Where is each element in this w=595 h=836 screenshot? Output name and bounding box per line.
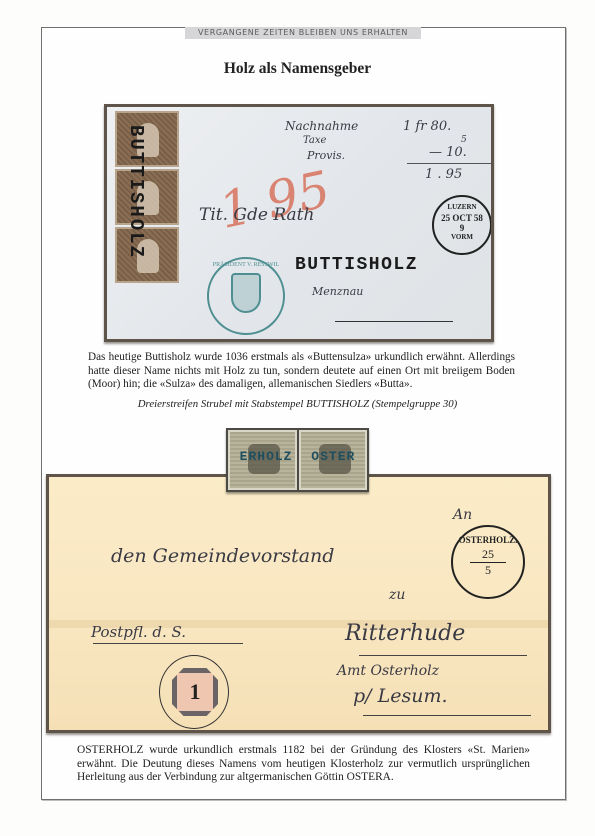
hw-amount: 1 fr 80. xyxy=(403,119,451,134)
hw-amount: 5 xyxy=(461,135,467,145)
hw-amount: 1 . 95 xyxy=(425,167,462,182)
cds-town: OSTERHOLZ. xyxy=(453,535,523,545)
osterholz-postmark: OSTERHOLZ. 25 5 xyxy=(451,525,525,599)
cover-buttisholz: BUTTISHOLZ Nachnahme Taxe Provis. 1 fr 8… xyxy=(104,104,494,342)
pair-cancel: ERHOLZ OSTER xyxy=(226,449,369,464)
hw-line: Provis. xyxy=(307,149,345,162)
cds-town: LUZERN xyxy=(434,203,490,211)
cds-month: 5 xyxy=(453,563,523,578)
cds-date: 25 OCT 58 xyxy=(434,213,490,223)
stamp-pair-hannover: ERHOLZ OSTER xyxy=(226,428,369,492)
underline xyxy=(93,643,243,644)
shield-icon xyxy=(231,273,261,313)
official-stamp-dienstsache: 1 xyxy=(159,655,229,729)
caption-strubel: Dreierstreifen Strubel mit Stabstempel B… xyxy=(0,398,595,410)
underline xyxy=(359,655,527,656)
official-seal: PRÄSIDENT V. RESSWIL xyxy=(207,257,285,335)
header-band: Vergangene Zeiten bleiben uns erhalten xyxy=(185,27,421,39)
hw-addressee: den Gemeindevorstand xyxy=(111,545,334,567)
luzern-postmark: LUZERN 25 OCT 58 9 VORM xyxy=(432,195,492,255)
seal-text: PRÄSIDENT V. RESSWIL xyxy=(209,262,283,268)
red-rate-marking: 1 95 xyxy=(214,160,335,240)
cds-day: 25 xyxy=(453,547,523,562)
hw-amount: — 10. xyxy=(429,145,467,160)
hw-greeting: An xyxy=(453,507,472,523)
cancel-right: OSTER xyxy=(311,449,355,464)
straight-line-cancel: BUTTISHOLZ xyxy=(295,255,418,275)
page-title: Holz als Namensgeber xyxy=(0,60,595,78)
hw-sender-note: Postpfl. d. S. xyxy=(91,623,186,641)
paragraph-osterholz: OSTERHOLZ wurde urkundlich erstmals 1182… xyxy=(77,744,530,785)
underline xyxy=(363,715,531,716)
sum-line xyxy=(407,163,493,164)
stamp-strip-strubel: BUTTISHOLZ xyxy=(115,111,181,287)
hw-amt: Amt Osterholz xyxy=(337,663,439,679)
stamp-octagon: 1 xyxy=(172,668,218,716)
hw-line: Nachnahme xyxy=(285,119,358,133)
paragraph-buttisholz: Das heutige Buttisholz wurde 1036 erstma… xyxy=(88,351,515,392)
hw-via: p/ Lesum. xyxy=(353,685,448,707)
hw-destination: Menznau xyxy=(312,285,363,298)
cover-osterholz: An den Gemeindevorstand zu Postpfl. d. S… xyxy=(46,474,551,733)
hw-zu: zu xyxy=(389,587,405,603)
hw-line: Taxe xyxy=(303,135,326,146)
strip-cancel: BUTTISHOLZ xyxy=(125,125,147,259)
hw-destination: Ritterhude xyxy=(345,621,465,646)
cancel-left: ERHOLZ xyxy=(240,449,293,464)
hw-addressee: Tit. Gde Rath xyxy=(199,205,314,225)
cds-bottom: VORM xyxy=(434,233,490,241)
cds-hour: 9 xyxy=(434,223,490,233)
underline xyxy=(335,321,453,322)
